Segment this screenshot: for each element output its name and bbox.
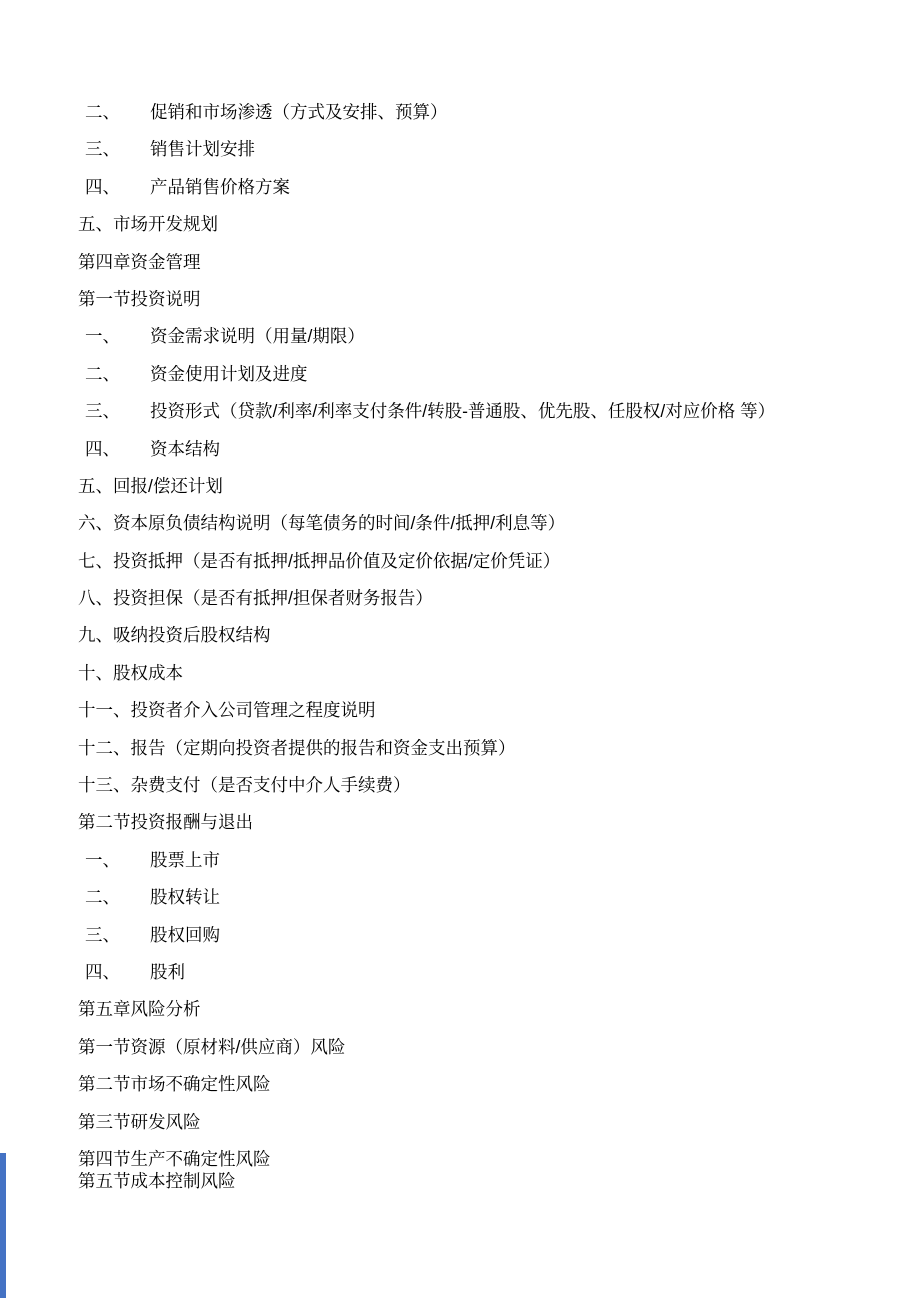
document-line: 第四章资金管理 [78,250,870,274]
line-text: 第三节研发风险 [78,1112,201,1132]
line-text: 第一节资源（原材料/供应商）风险 [78,1037,345,1057]
line-text: 资本结构 [150,439,220,459]
line-text: 第五章风险分析 [78,999,201,1019]
line-text: 促销和市场渗透（方式及安排、预算） [150,102,448,122]
document-line: 第四节生产不确定性风险 [78,1147,870,1171]
document-line: 第二节投资报酬与退出 [78,810,870,834]
line-text: 销售计划安排 [150,139,255,159]
item-number: 一、 [85,848,150,872]
line-text: 第一节投资说明 [78,289,201,309]
line-text: 十、股权成本 [78,663,183,683]
document-line: 三、股权回购 [78,923,870,947]
document-line: 第三节研发风险 [78,1110,870,1134]
document-page: 二、促销和市场渗透（方式及安排、预算）三、销售计划安排四、产品销售价格方案五、市… [0,0,920,1303]
document-line: 四、产品销售价格方案 [78,175,870,199]
line-text: 第二节市场不确定性风险 [78,1074,271,1094]
line-text: 九、吸纳投资后股权结构 [78,625,271,645]
document-line: 三、投资形式（贷款/利率/利率支付条件/转股-普通股、优先股、任股权/对应价格 … [78,399,870,423]
line-text: 十二、报告（定期向投资者提供的报告和资金支出预算） [78,738,516,758]
item-number: 三、 [85,399,150,423]
item-number: 二、 [85,885,150,909]
document-line: 三、销售计划安排 [78,137,870,161]
document-line: 九、吸纳投资后股权结构 [78,623,870,647]
item-number: 三、 [85,923,150,947]
line-text: 十三、杂费支付（是否支付中介人手续费） [78,775,411,795]
line-text: 产品销售价格方案 [150,177,290,197]
document-line: 十二、报告（定期向投资者提供的报告和资金支出预算） [78,736,870,760]
item-number: 二、 [85,100,150,124]
document-line: 一、股票上市 [78,848,870,872]
line-text: 投资形式（贷款/利率/利率支付条件/转股-普通股、优先股、任股权/对应价格 等） [150,401,775,421]
line-text: 股票上市 [150,850,220,870]
item-number: 二、 [85,362,150,386]
document-line: 二、资金使用计划及进度 [78,362,870,386]
blue-edge-line [0,1153,6,1298]
line-text: 八、投资担保（是否有抵押/担保者财务报告） [78,588,433,608]
item-number: 三、 [85,137,150,161]
document-line: 一、资金需求说明（用量/期限） [78,324,870,348]
document-line: 七、投资抵押（是否有抵押/抵押品价值及定价依据/定价凭证） [78,549,870,573]
document-line: 第五章风险分析 [78,997,870,1021]
document-line: 八、投资担保（是否有抵押/担保者财务报告） [78,586,870,610]
line-text: 十一、投资者介入公司管理之程度说明 [78,700,376,720]
document-line: 五、市场开发规划 [78,212,870,236]
document-line: 二、股权转让 [78,885,870,909]
line-text: 第四节生产不确定性风险 [78,1149,271,1169]
document-line: 十、股权成本 [78,661,870,685]
line-text: 六、资本原负债结构说明（每笔债务的时间/条件/抵押/利息等） [78,513,565,533]
document-line: 第一节资源（原材料/供应商）风险 [78,1035,870,1059]
line-text: 资金需求说明（用量/期限） [150,326,365,346]
document-line: 五、回报/偿还计划 [78,474,870,498]
item-number: 四、 [85,175,150,199]
line-text: 五、市场开发规划 [78,214,218,234]
line-text: 资金使用计划及进度 [150,364,308,384]
document-line: 十三、杂费支付（是否支付中介人手续费） [78,773,870,797]
document-outline: 二、促销和市场渗透（方式及安排、预算）三、销售计划安排四、产品销售价格方案五、市… [0,0,920,1206]
item-number: 一、 [85,324,150,348]
document-line: 四、资本结构 [78,437,870,461]
document-line: 第二节市场不确定性风险 [78,1072,870,1096]
document-line: 二、促销和市场渗透（方式及安排、预算） [78,100,870,124]
line-text: 股权回购 [150,925,220,945]
line-text: 股利 [150,962,185,982]
line-text: 股权转让 [150,887,220,907]
line-text: 五、回报/偿还计划 [78,476,223,496]
document-line: 四、股利 [78,960,870,984]
item-number: 四、 [85,960,150,984]
document-line: 六、资本原负债结构说明（每笔债务的时间/条件/抵押/利息等） [78,511,870,535]
line-text: 第五节成本控制风险 [78,1171,236,1191]
document-line: 第一节投资说明 [78,287,870,311]
document-line: 十一、投资者介入公司管理之程度说明 [78,698,870,722]
document-line: 第五节成本控制风险 [78,1169,870,1193]
line-text: 七、投资抵押（是否有抵押/抵押品价值及定价依据/定价凭证） [78,551,560,571]
line-text: 第四章资金管理 [78,252,201,272]
line-text: 第二节投资报酬与退出 [78,812,253,832]
item-number: 四、 [85,437,150,461]
